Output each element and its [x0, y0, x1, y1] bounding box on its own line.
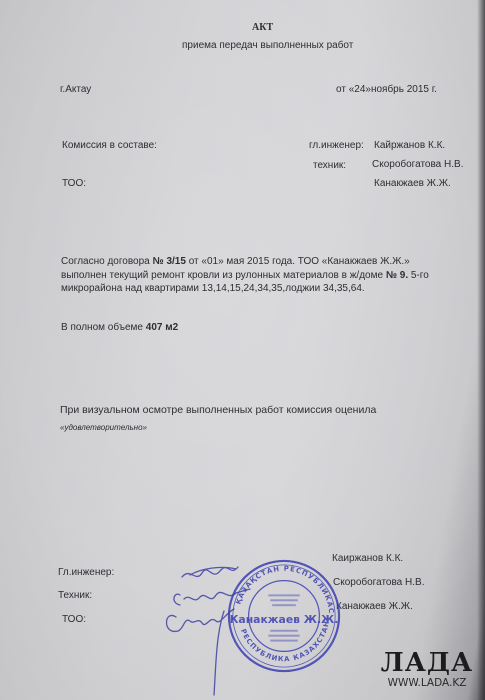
commission-name-too: Канакжаев Ж.Ж. — [374, 178, 451, 189]
document-subtitle: приема передач выполненных работ — [182, 40, 353, 51]
text: Согласно договора — [61, 256, 153, 267]
document-city: г.Актау — [60, 84, 91, 95]
house-number: № 9. — [386, 270, 408, 281]
paragraph-line-3: микрорайона над квартирами 13,14,15,24,3… — [61, 282, 429, 296]
text: от «01» мая 2015 года. ТОО «Канакжаев Ж.… — [186, 256, 410, 267]
text: выполнен текущий ремонт кровли из рулонн… — [61, 270, 386, 281]
signature-role-chief-engineer: Гл.инженер: — [58, 567, 114, 578]
commission-name-technician: Скоробогатова Н.В. — [372, 159, 463, 170]
commission-role-chief-engineer: гл.инженер: — [309, 140, 364, 151]
document-date: от «24»ноябрь 2015 г. — [336, 84, 437, 95]
contract-number: № 3/15 — [153, 256, 186, 267]
paragraph-line-1: Согласно договора № 3/15 от «01» мая 201… — [61, 255, 429, 269]
commission-role-technician: техник: — [313, 160, 346, 171]
paragraph-line-2: выполнен текущий ремонт кровли из рулонн… — [61, 269, 429, 283]
document-title: АКТ — [252, 22, 273, 33]
commission-too-label: ТОО: — [62, 178, 86, 189]
commission-label: Комиссия в составе: — [62, 140, 157, 151]
lada-watermark: ЛАДА WWW.LADA.KZ — [372, 650, 482, 690]
inspection-text: При визуальном осмотре выполненных работ… — [60, 404, 376, 416]
contract-paragraph: Согласно договора № 3/15 от «01» мая 201… — [61, 255, 429, 296]
commission-name-chief-engineer: Кайржанов К.К. — [374, 140, 445, 151]
signature-role-too: ТОО: — [62, 614, 86, 625]
volume-line: В полном объеме 407 м2 — [61, 322, 178, 333]
page-edge-shadow — [477, 0, 485, 700]
lada-logo: ЛАДА — [372, 650, 482, 676]
volume-value: 407 м2 — [146, 322, 178, 333]
inspection-rating: «удовлетворительно» — [60, 423, 147, 432]
signature-role-technician: Техник: — [58, 590, 92, 601]
official-stamp: ҚАЗАҚСТАН РЕСПУБЛИКАСЫ РЕСПУБЛИКА КАЗАХС… — [225, 557, 343, 675]
text: 5-го — [408, 270, 429, 281]
stamp-center-text: Канакжаев Ж.Ж. — [230, 613, 339, 626]
volume-label: В полном объеме — [61, 322, 146, 333]
lada-url: WWW.LADA.KZ — [372, 676, 482, 690]
